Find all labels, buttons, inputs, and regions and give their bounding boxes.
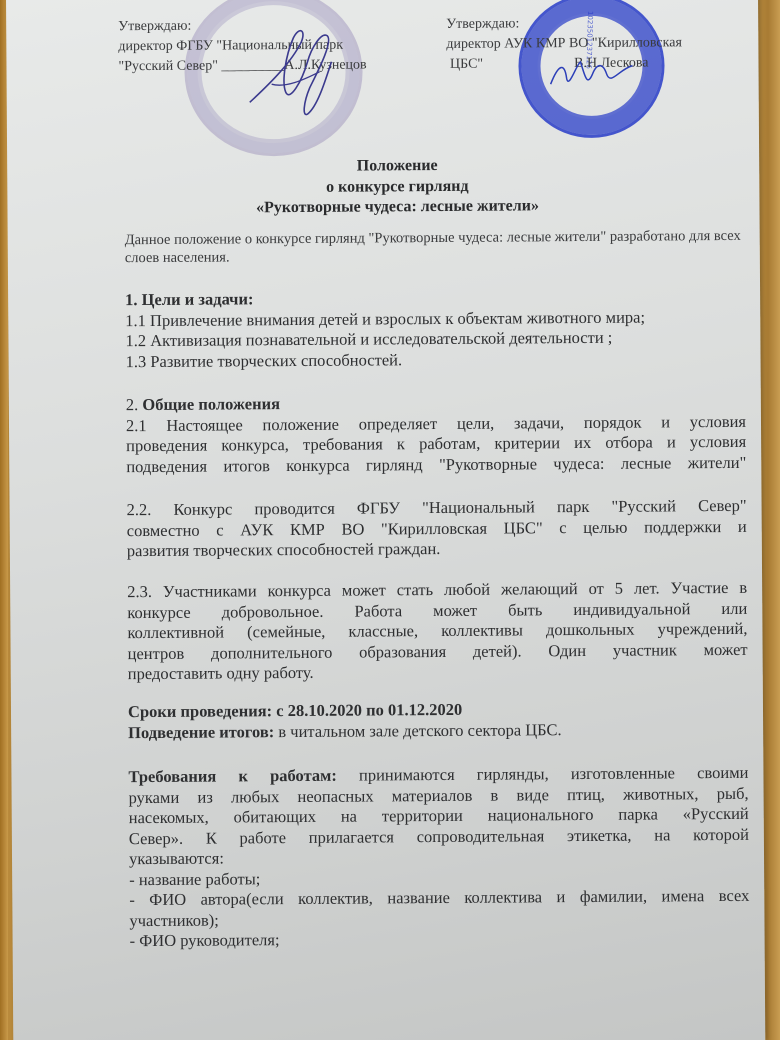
approval-left-line1: Утверждаю: (118, 15, 366, 37)
period-label: Сроки проведения: с 28.10.2020 по 01.12.… (128, 700, 462, 721)
approval-right-line2: директор АУК КМР ВО "Кирилловская (446, 33, 682, 55)
approval-left-name: А.Л.Кузнецов (284, 57, 366, 73)
approval-left-line3: "Русский Север" _________А.Л.Кузнецов (118, 55, 366, 77)
approval-right-line3: ЦБС" _________ В.Н.Лескова (446, 53, 682, 75)
intro-paragraph: Данное положение о конкурсе гирлянд "Рук… (125, 227, 745, 267)
approval-left-org: "Русский Север" (118, 59, 218, 75)
goal-item: 1.3 Развитие творческих способностей. (125, 347, 745, 372)
section-general-heading: Общие положения (142, 394, 280, 414)
paragraph-2-3: 2.3. Участниками конкурса может стать лю… (127, 578, 748, 685)
section-goals: 1. Цели и задачи: 1.1 Привлечение вниман… (125, 286, 746, 372)
requirements-block: Требования к работам: принимаются гирлян… (128, 763, 749, 952)
label-field-item: - ФИО автора(если коллектив, название ко… (129, 886, 749, 911)
approval-left: Утверждаю: директор ФГБУ "Национальный п… (118, 15, 367, 77)
section-general: 2. Общие положения 2.1 Настоящее положен… (126, 391, 747, 477)
approval-right-name: В.Н.Лескова (574, 56, 648, 72)
results-value: в читальном зале детского сектора ЦБС. (274, 720, 562, 741)
approval-right: Утверждаю: директор АУК КМР ВО "Кириллов… (446, 13, 682, 75)
paragraph-2-3-line: предоставить одну работу. (128, 663, 314, 683)
approval-right-org: ЦБС" (450, 57, 483, 72)
title-line3: «Рукотворные чудеса: лесные жители» (107, 195, 687, 220)
results-label: Подведение итогов: (128, 722, 274, 742)
paragraph-2-1-line: подведения итогов конкурса гирлянд "Руко… (126, 452, 746, 477)
approval-right-signature-line: _________ (487, 56, 550, 71)
paragraph-2-2: 2.2. Конкурс проводится ФГБУ "Национальн… (127, 496, 747, 562)
dates-block: Сроки проведения: с 28.10.2020 по 01.12.… (128, 698, 748, 743)
paragraph-2-2-line: совместно с АУК КМР ВО "Кирилловская ЦБС… (127, 516, 747, 541)
section-general-number: 2. (126, 395, 143, 414)
document-page: 1023501237126 Утверждаю: директор ФГБУ "… (6, 0, 765, 1040)
approval-right-line1: Утверждаю: (446, 13, 682, 35)
document-title: Положение о конкурсе гирлянд «Рукотворны… (107, 154, 687, 220)
requirements-label: Требования к работам: (128, 766, 337, 786)
requirements-line: Север». К работе прилагается сопроводите… (129, 824, 749, 849)
approval-left-line2: директор ФГБУ "Национальный парк (118, 35, 366, 57)
approval-left-signature-line: _________ (221, 58, 284, 73)
paragraph-2-3-line: центров дополнительного образования дете… (128, 639, 748, 664)
requirements-text: принимаются гирлянды, изготовленные свои… (337, 763, 749, 785)
section-goals-heading: 1. Цели и задачи: (125, 289, 253, 309)
label-field-item: - ФИО руководителя; (130, 927, 750, 952)
paragraph-2-2-line: развития творческих способностей граждан… (127, 539, 441, 560)
